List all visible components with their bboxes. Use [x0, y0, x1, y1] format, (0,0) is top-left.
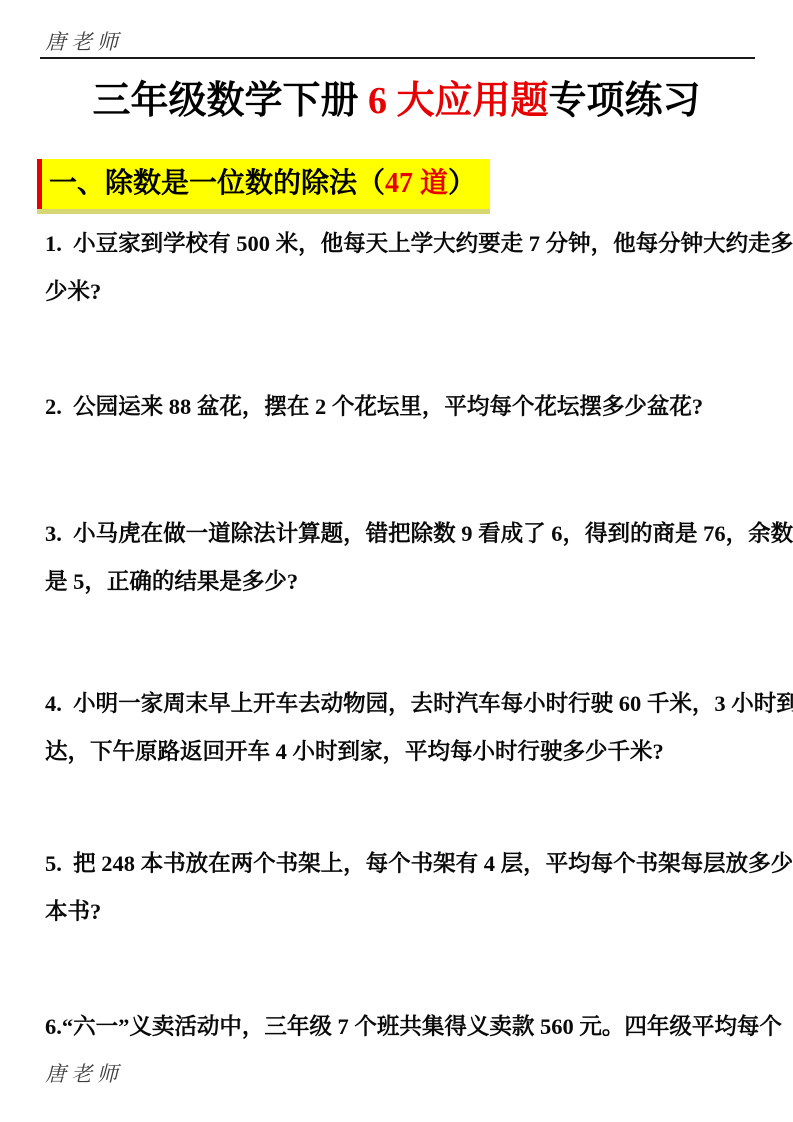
section-heading-count-red: 47 道 — [385, 168, 448, 199]
worksheet-page: 唐老师 三年级数学下册 6 大应用题专项练习 一、除数是一位数的除法（47 道）… — [0, 0, 793, 1122]
section-heading-highlight: 一、除数是一位数的除法（47 道） — [37, 159, 490, 209]
footer-teacher-name: 唐老师 — [45, 1058, 123, 1088]
problem-2-line-1: 2. 公园运来 88 盆花，摆在 2 个花坛里，平均每个花坛摆多少盆花? — [45, 383, 760, 431]
header-rule-line — [40, 57, 755, 59]
problem-5-line-1: 5. 把 248 本书放在两个书架上，每个书架有 4 层，平均每个书架每层放多少 — [45, 840, 760, 888]
problem-6-line-1: 6.“六一”义卖活动中，三年级 7 个班共集得义卖款 560 元。四年级平均每个 — [45, 1003, 760, 1051]
problem-1-line-1: 1. 小豆家到学校有 500 米，他每天上学大约要走 7 分钟，他每分钟大约走多 — [45, 220, 760, 268]
problem-3-line-1: 3. 小马虎在做一道除法计算题，错把除数 9 看成了 6，得到的商是 76，余数 — [45, 510, 760, 558]
page-title-black-left: 三年级数学下册 — [92, 80, 368, 122]
section-heading-black-left: 一、除数是一位数的除法（ — [49, 168, 385, 199]
page-title-black-right: 专项练习 — [549, 80, 701, 122]
problem-3: 3. 小马虎在做一道除法计算题，错把除数 9 看成了 6，得到的商是 76，余数… — [45, 510, 760, 606]
problem-4-line-2: 达，下午原路返回开车 4 小时到家，平均每小时行驶多少千米? — [45, 728, 760, 776]
problem-5: 5. 把 248 本书放在两个书架上，每个书架有 4 层，平均每个书架每层放多少… — [45, 840, 760, 936]
page-title: 三年级数学下册 6 大应用题专项练习 — [0, 78, 793, 124]
problem-3-line-2: 是 5，正确的结果是多少? — [45, 558, 760, 606]
problem-2: 2. 公园运来 88 盆花，摆在 2 个花坛里，平均每个花坛摆多少盆花? — [45, 383, 760, 431]
section-heading-black-right: ） — [448, 168, 476, 199]
header-teacher-name: 唐老师 — [45, 26, 123, 56]
problem-1: 1. 小豆家到学校有 500 米，他每天上学大约要走 7 分钟，他每分钟大约走多… — [45, 220, 760, 316]
problem-1-line-2: 少米? — [45, 268, 760, 316]
problem-5-line-2: 本书? — [45, 888, 760, 936]
page-title-red: 6 大应用题 — [368, 80, 549, 122]
problem-4: 4. 小明一家周末早上开车去动物园，去时汽车每小时行驶 60 千米，3 小时到 … — [45, 680, 760, 776]
problem-4-line-1: 4. 小明一家周末早上开车去动物园，去时汽车每小时行驶 60 千米，3 小时到 — [45, 680, 760, 728]
problem-6: 6.“六一”义卖活动中，三年级 7 个班共集得义卖款 560 元。四年级平均每个 — [45, 1003, 760, 1051]
